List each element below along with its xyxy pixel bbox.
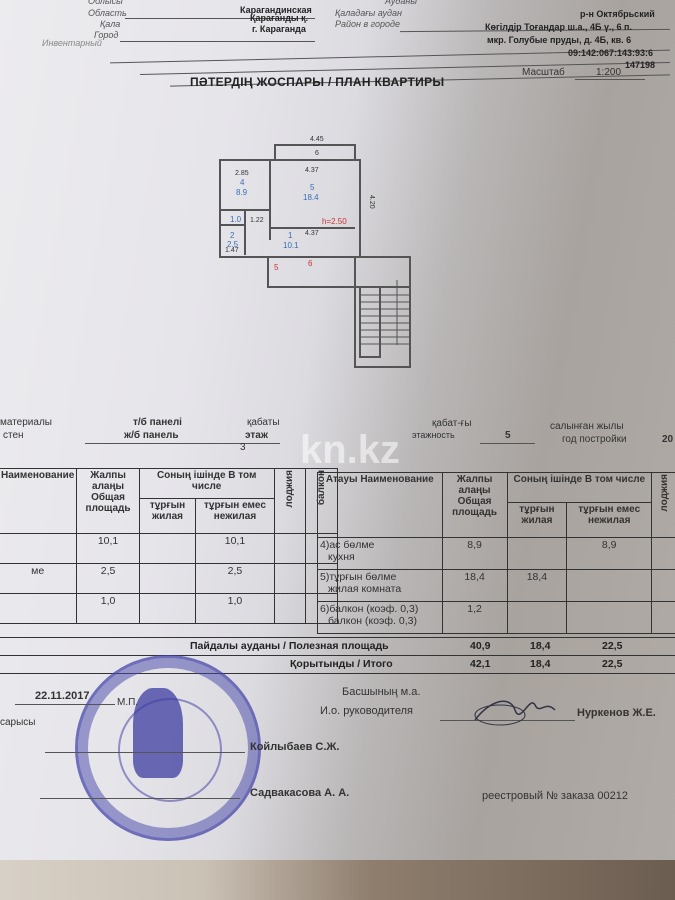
svg-text:4.20: 4.20 xyxy=(368,195,375,209)
qala-value: Қарағанды қ. xyxy=(250,13,308,23)
inventory-number: 147198 xyxy=(625,60,655,70)
qaladagy-audan-label: Қаладағы аудан xyxy=(335,8,402,18)
svg-text:4: 4 xyxy=(240,178,245,187)
walls-value-kz: т/б панелі xyxy=(133,417,182,428)
floor-value: 3 xyxy=(240,442,246,453)
raion-label: Район в городе xyxy=(335,19,400,29)
plan-title: ПӘТЕРДІҢ ЖОСПАРЫ / ПЛАН КВАРТИРЫ xyxy=(190,75,444,89)
address-ru: мкр. Голубые пруды, д. 4Б, кв. 6 xyxy=(487,35,631,45)
svg-text:4.37: 4.37 xyxy=(305,167,319,174)
document-page: Облысы Область Карагандинская Қала Қарағ… xyxy=(0,0,675,865)
year-label-kz: салынған жылы xyxy=(550,421,624,432)
svg-text:1.22: 1.22 xyxy=(250,217,264,224)
head-label-ru: И.о. руководителя xyxy=(320,705,413,717)
svg-text:6: 6 xyxy=(315,150,319,157)
floors-label-ru: этажность xyxy=(412,430,455,440)
head-label-kz: Басшының м.а. xyxy=(342,686,420,698)
stamp-emblem-icon xyxy=(133,688,183,778)
svg-text:6: 6 xyxy=(308,259,313,268)
svg-text:10.1: 10.1 xyxy=(283,241,299,250)
grand-total-living: 18,4 xyxy=(530,658,550,670)
scale-value: 1:200 xyxy=(596,67,621,78)
floor-label: қабаты xyxy=(247,417,280,428)
useful-area-nonliving: 22,5 xyxy=(602,640,622,652)
svg-text:1: 1 xyxy=(288,231,293,240)
oblys-label: Облысы xyxy=(88,0,123,6)
floor-label-ru: этаж xyxy=(245,430,268,441)
floor-plan: 4.45 6 2.85 4.37 4.20 1.22 4.37 1.47 4 8… xyxy=(200,130,440,380)
signature-icon xyxy=(470,690,560,730)
table-row: ме2,5 2,5 xyxy=(0,564,338,594)
cadastral-number: 09:142:067:143:93:6 xyxy=(568,48,653,58)
svg-text:2.85: 2.85 xyxy=(235,170,249,177)
year-value: 20 xyxy=(662,434,673,445)
left-role: сарысы xyxy=(0,717,36,728)
walls-label-kz: материалы xyxy=(0,417,52,428)
head-name: Нуркенов Ж.Е. xyxy=(577,707,656,719)
svg-text:8.9: 8.9 xyxy=(236,188,248,197)
svg-text:4.45: 4.45 xyxy=(310,136,324,143)
floors-value: 5 xyxy=(505,430,511,441)
rooms-table-right: Атауы Наименование Жалпы алаңы Общая пло… xyxy=(317,472,675,634)
grand-total-label: Қорытынды / Итого xyxy=(290,658,393,670)
table-row: 4)ас бөлмекухня 8,98,9 xyxy=(318,538,675,570)
official-stamp xyxy=(75,655,261,841)
svg-text:18.4: 18.4 xyxy=(303,193,319,202)
background-surface xyxy=(0,860,675,900)
order-number: реестровый № заказа 00212 xyxy=(482,790,628,802)
document-date: 22.11.2017 xyxy=(35,690,89,702)
svg-text:5: 5 xyxy=(310,183,315,192)
year-label-ru: год постройки xyxy=(562,434,627,445)
grand-total-nonliving: 22,5 xyxy=(602,658,622,670)
audan-label: Ауданы xyxy=(385,0,417,6)
table-row: 1,0 1,0 xyxy=(0,594,338,624)
svg-text:4.37: 4.37 xyxy=(305,230,319,237)
useful-area-total: 40,9 xyxy=(470,640,490,652)
raion-value: р-н Октябрьский xyxy=(580,9,655,19)
watermark: kn.kz xyxy=(300,428,400,473)
grand-total: 42,1 xyxy=(470,658,490,670)
address-kz: Көгілдір Тоғандар ш.а., 4Б ү., 6 п. xyxy=(485,22,632,32)
qala-label: Қала xyxy=(100,19,120,29)
scale-label: Масштаб xyxy=(522,67,565,78)
table-row: 10,1 10,1 xyxy=(0,534,338,564)
useful-area-label: Пайдалы ауданы / Полезная площадь xyxy=(190,640,389,652)
table-row: 6)балкон (коэф. 0,3)балкон (коэф. 0,3) 1… xyxy=(318,602,675,634)
floors-label-kz: қабат-ғы xyxy=(432,418,472,429)
mp-label: М.П. xyxy=(117,697,138,708)
walls-value-ru: ж/б панель xyxy=(124,430,179,441)
svg-text:1.0: 1.0 xyxy=(230,215,242,224)
signer-2: Садвакасова А. А. xyxy=(250,787,349,799)
signer-1: Койлыбаев С.Ж. xyxy=(250,741,339,753)
inventory-stamp: Инвентарный xyxy=(42,38,102,48)
svg-text:2: 2 xyxy=(230,231,235,240)
useful-area-living: 18,4 xyxy=(530,640,550,652)
svg-text:2.5: 2.5 xyxy=(227,240,239,249)
gorod-value: г. Караганда xyxy=(252,24,306,34)
rooms-table-left: Наименование Жалпы алаңы Общая площадь С… xyxy=(0,468,338,624)
svg-text:h=2.50: h=2.50 xyxy=(322,217,347,226)
table-row: 5)тұрғын бөлмежилая комната 18,418,4 xyxy=(318,570,675,602)
oblast-label: Область xyxy=(88,8,127,18)
walls-label-ru: стен xyxy=(3,430,24,441)
svg-text:5: 5 xyxy=(274,263,279,272)
